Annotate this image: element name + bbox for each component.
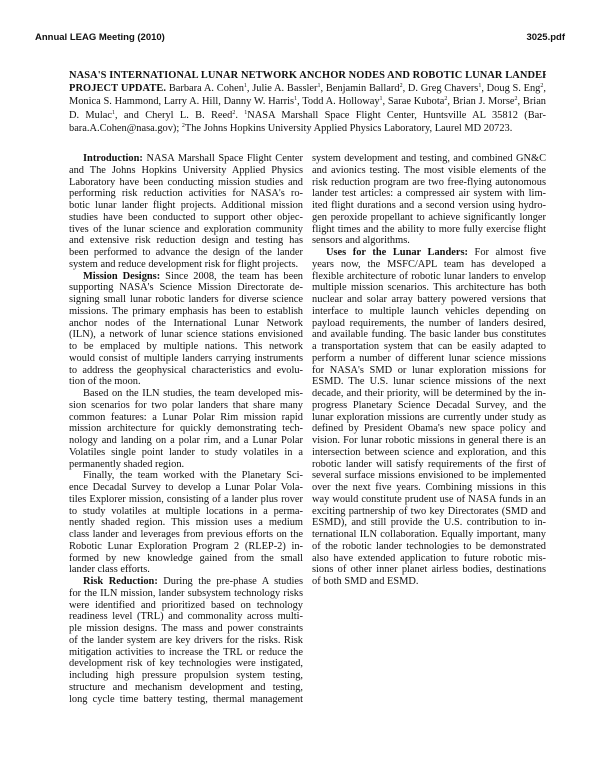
text-line: to address the geophysical characteristi… bbox=[69, 365, 303, 377]
text-line: and extensive risk reduction design and … bbox=[69, 235, 303, 247]
text-line: flexible architecture of robotic lunar l… bbox=[312, 271, 546, 283]
text-line: mitigation activities to increase the TR… bbox=[69, 647, 303, 659]
text-line: ited flight durations and a second versi… bbox=[312, 200, 546, 212]
text-line: also have extended application to future… bbox=[312, 553, 546, 565]
text-line: defined by President Obama's new space p… bbox=[312, 423, 546, 435]
text-line: interface to multiple launch vehicles de… bbox=[312, 306, 546, 318]
left-column: Introduction: NASA Marshall Space Flight… bbox=[69, 153, 303, 705]
text-line: of the robotic lander technologies to be… bbox=[312, 541, 546, 553]
text-line: to be emplaced by multiple nations. This… bbox=[69, 341, 303, 353]
text-line: studies have been conducted to support o… bbox=[69, 212, 303, 224]
text-line: of the lander system are key drivers for… bbox=[69, 635, 303, 647]
text-line: were identified and prioritized based on… bbox=[69, 600, 303, 612]
text-line: exciting partnership of two key Director… bbox=[312, 506, 546, 518]
text-line: Robotic Lunar Exploration Program 2 (RLE… bbox=[69, 541, 303, 553]
section-heading: Introduction: bbox=[83, 153, 143, 164]
text-line: Based on the ILN studies, the team devel… bbox=[69, 388, 303, 400]
text-line: signing small lunar robotic landers for … bbox=[69, 294, 303, 306]
text-line: system development and testing, and comb… bbox=[312, 153, 546, 165]
title-block: NASA'S INTERNATIONAL LUNAR NETWORK ANCHO… bbox=[69, 69, 546, 135]
text-line: tives of the lunar science and explorati… bbox=[69, 224, 303, 236]
text-line: sions of other inner planet airless bodi… bbox=[312, 564, 546, 576]
conference-name: Annual LEAG Meeting (2010) bbox=[35, 32, 165, 43]
text-line: to study volatiles at multiple locations… bbox=[69, 506, 303, 518]
text-line: formed by new knowledge gained from the … bbox=[69, 553, 303, 565]
text-line: nently shaded region. This mission uses … bbox=[69, 517, 303, 529]
text-line: ESMD. The U.S. lunar science missions of… bbox=[312, 376, 546, 388]
title-line: bara.A.Cohen@nasa.gov); 2The Johns Hopki… bbox=[69, 122, 546, 135]
text-line: a transportation system that can be easi… bbox=[312, 341, 546, 353]
text-line: system and reduce development risk for f… bbox=[69, 259, 303, 271]
text-line: of both SMD and ESMD. bbox=[312, 576, 546, 588]
text-line: vision. For lunar robotic missions in ge… bbox=[312, 435, 546, 447]
text-line: long cycle time battery testing, thermal… bbox=[69, 694, 303, 706]
text-line: common features: a Lunar Polar Rim missi… bbox=[69, 412, 303, 424]
text-line: tion of the moon. bbox=[69, 376, 303, 388]
section-heading: Uses for the Lunar Landers: bbox=[326, 247, 468, 258]
text-line: over the next five years. Combining miss… bbox=[312, 482, 546, 494]
text-line: supporting NASA's Science Mission Direct… bbox=[69, 282, 303, 294]
text-line: decade, and their priority, will be dete… bbox=[312, 388, 546, 400]
text-line: readiness level (TRL) and commonality ac… bbox=[69, 611, 303, 623]
text-line: would consist of multiple landers carryi… bbox=[69, 353, 303, 365]
file-name: 3025.pdf bbox=[526, 32, 565, 43]
title-line: PROJECT UPDATE. Barbara A. Cohen1, Julie… bbox=[69, 82, 546, 95]
text-line: robotic lander will satisfy requirements… bbox=[312, 459, 546, 471]
text-line: ternational ILN collaboration. Equally i… bbox=[312, 529, 546, 541]
title-line: NASA'S INTERNATIONAL LUNAR NETWORK ANCHO… bbox=[69, 69, 546, 82]
title-line: Monica S. Hammond, Larry A. Hill, Danny … bbox=[69, 95, 546, 108]
text-line: years now, the MSFC/APL team has develop… bbox=[312, 259, 546, 271]
text-line: anchor nodes of the International Lunar … bbox=[69, 318, 303, 330]
text-line: Laboratory have been conducting mission … bbox=[69, 177, 303, 189]
text-line: sensors and algorithms. bbox=[312, 235, 546, 247]
page-header: Annual LEAG Meeting (2010) 3025.pdf bbox=[35, 32, 565, 46]
text-line: perform a number of different lunar scie… bbox=[312, 353, 546, 365]
paper-title: PROJECT UPDATE. bbox=[69, 83, 166, 94]
text-line: (ILN), a network of lunar science statio… bbox=[69, 329, 303, 341]
paper-title: NASA'S INTERNATIONAL LUNAR NETWORK ANCHO… bbox=[69, 70, 546, 81]
text-line: way would constitute prudent use of NASA… bbox=[312, 494, 546, 506]
text-line: several surface missions envisioned to b… bbox=[312, 470, 546, 482]
text-line: for NASA's SMD or lunar exploration miss… bbox=[312, 365, 546, 377]
text-line: flight times and the ability to more ful… bbox=[312, 224, 546, 236]
text-line: performing risk reduction activities for… bbox=[69, 188, 303, 200]
text-line: and available funding. The basic lander … bbox=[312, 329, 546, 341]
text-line: ESMD), and still provide the U.S. contri… bbox=[312, 517, 546, 529]
text-line: multiple mission scenarios. This archite… bbox=[312, 282, 546, 294]
text-line: and The Johns Hopkins University Applied… bbox=[69, 165, 303, 177]
text-line: missions. The primary emphasis has been … bbox=[69, 306, 303, 318]
text-line: Uses for the Lunar Landers: For almost f… bbox=[312, 247, 546, 259]
text-line: nology and landing on a polar rim, and a… bbox=[69, 435, 303, 447]
text-line: class lander and leverages from previous… bbox=[69, 529, 303, 541]
text-line: lander class efforts. bbox=[69, 564, 303, 576]
text-line: lunar exploration missions are currently… bbox=[312, 412, 546, 424]
text-line: ence Decadal Survey to develop a Lunar P… bbox=[69, 482, 303, 494]
text-line: and avionics testing. The most visible e… bbox=[312, 165, 546, 177]
text-line: development risk of key technologies wer… bbox=[69, 658, 303, 670]
title-line: D. Mulac1, and Cheryl L. B. Reed2. 1NASA… bbox=[69, 109, 546, 122]
text-line: Mission Designs: Since 2008, the team ha… bbox=[69, 271, 303, 283]
text-line: structure and mechanism development and … bbox=[69, 682, 303, 694]
text-line: sion scenarios for two polar landers tha… bbox=[69, 400, 303, 412]
text-line: Risk Reduction: During the pre-phase A s… bbox=[69, 576, 303, 588]
text-line: intersection between science and explora… bbox=[312, 447, 546, 459]
text-line: risk reduction program are two free-flyi… bbox=[312, 177, 546, 189]
section-heading: Mission Designs: bbox=[83, 271, 160, 282]
text-line: lander test articles: a compressed air s… bbox=[312, 188, 546, 200]
text-line: tiles Explorer mission, consisting of a … bbox=[69, 494, 303, 506]
text-line: gen peroxide propellant to achieve signi… bbox=[312, 212, 546, 224]
text-line: nuclear and solar array battery powered … bbox=[312, 294, 546, 306]
right-column: system development and testing, and comb… bbox=[312, 153, 546, 588]
text-line: permanently shaded region. bbox=[69, 459, 303, 471]
text-line: been performed to advance the design of … bbox=[69, 247, 303, 259]
text-line: ple mission designs. The mass and power … bbox=[69, 623, 303, 635]
text-line: progress Planetary Science Decadal Surve… bbox=[312, 400, 546, 412]
text-line: botic lunar lander flight projects. Addi… bbox=[69, 200, 303, 212]
text-line: Volatiles single point lander to study v… bbox=[69, 447, 303, 459]
section-heading: Risk Reduction: bbox=[83, 576, 158, 587]
text-line: payload requirements, the number of land… bbox=[312, 318, 546, 330]
text-line: Introduction: NASA Marshall Space Flight… bbox=[69, 153, 303, 165]
text-line: mission architecture for quickly demonst… bbox=[69, 423, 303, 435]
text-line: for the ILN mission, lander subsystem te… bbox=[69, 588, 303, 600]
text-line: Finally, the team worked with the Planet… bbox=[69, 470, 303, 482]
text-line: including high pressure propulsion syste… bbox=[69, 670, 303, 682]
